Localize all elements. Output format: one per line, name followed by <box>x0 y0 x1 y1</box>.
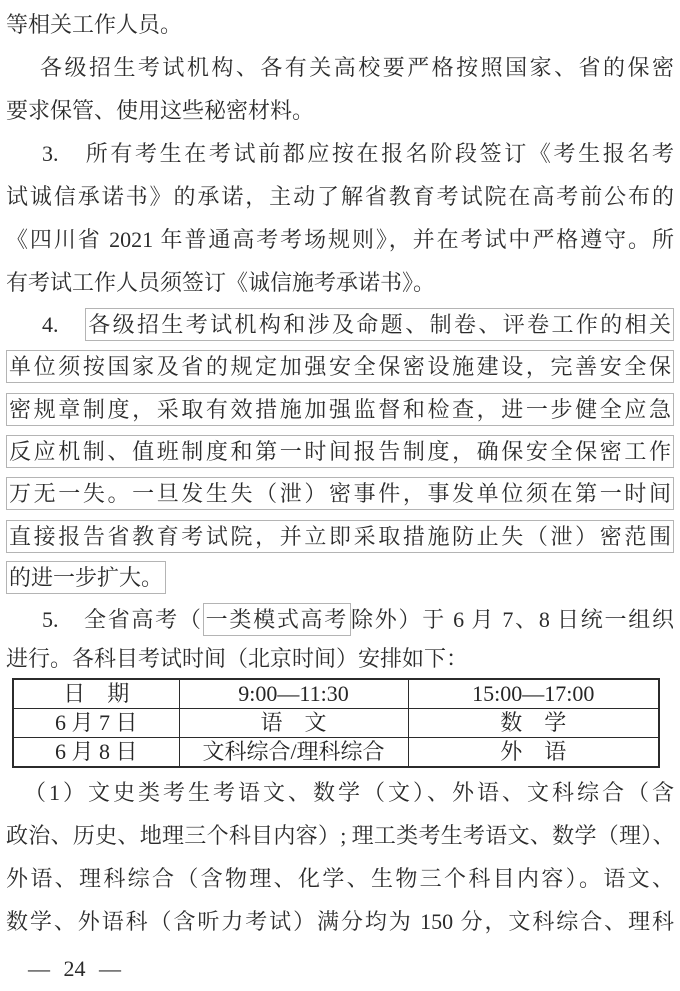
exam-table-cell-afternoon-2: 外 语 <box>408 738 659 768</box>
paragraph-6-line-2: 政治、历史、地理三个科目内容）; 理工类考生考语文、数学（理）、 <box>6 815 674 857</box>
clause-4-line-3: 密规章制度，采取有效措施加强监督和检查，进一步健全应急 <box>6 389 674 431</box>
document-page: 等相关工作人员。 各级招生考试机构、各有关高校要严格按照国家、省的保密 要求保管… <box>0 0 680 991</box>
clause-4-line-5-annotation-box: 万无一失。一旦发生失（泄）密事件，事发单位须在第一时间 <box>6 477 674 510</box>
clause-5-line-2: 进行。各科目考试时间（北京时间）安排如下： <box>6 638 674 680</box>
exam-table-cell-afternoon-1: 数 学 <box>408 709 659 738</box>
clause-4-line-7: 的进一步扩大。 <box>6 557 674 599</box>
clause-4-line-5: 万无一失。一旦发生失（泄）密事件，事发单位须在第一时间 <box>6 473 674 515</box>
clause-4-line-3-annotation-box: 密规章制度，采取有效措施加强监督和检查，进一步健全应急 <box>6 393 674 426</box>
clause-5-text-post: 除外）于 6 月 7、8 日统一组织 <box>351 607 674 632</box>
page-number: — 24 — <box>28 956 121 982</box>
paragraph-6-line-4: 数学、外语科（含听力考试）满分均为 150 分，文科综合、理科 <box>6 901 674 943</box>
clause-4-line-1-annotation-box: 各级招生考试机构和涉及命题、制卷、评卷工作的相关 <box>85 308 674 341</box>
clause-5-line-1: 5. 全省高考（一类模式高考除外）于 6 月 7、8 日统一组织 <box>6 599 674 641</box>
paragraph-6-line-1: （1）文史类考生考语文、数学（文）、外语、文科综合（含 <box>6 772 674 814</box>
clause-4-line-6-annotation-box: 直接报告省教育考试院，并立即采取措施防止失（泄）密范围 <box>6 520 674 553</box>
clause-3-line-2: 试诚信承诺书》的承诺，主动了解省教育考试院在高考前公布的 <box>6 176 674 218</box>
clause-3-line-1: 3. 所有考生在考试前都应按在报名阶段签订《考生报名考 <box>6 133 674 175</box>
exam-table-cell-date-2: 6 月 8 日 <box>13 738 179 768</box>
paragraph-2-line-2: 要求保管、使用这些秘密材料。 <box>6 90 674 132</box>
clause-3-line-4: 有考试工作人员须签订《诚信施考承诺书》。 <box>6 262 674 304</box>
clause-3-line-3: 《四川省 2021 年普通高考考场规则》，并在考试中严格遵守。所 <box>6 219 674 261</box>
clause-4-line-2: 单位须按国家及省的规定加强安全保密设施建设，完善安全保 <box>6 346 674 388</box>
paragraph-6-line-3: 外语、理科综合（含物理、化学、生物三个科目内容）。语文、 <box>6 858 674 900</box>
clause-4-line-7-annotation-box: 的进一步扩大。 <box>6 561 166 594</box>
exam-table-row-june-8: 6 月 8 日 文科综合/理科综合 外 语 <box>13 738 659 768</box>
exam-table-header-afternoon-session: 15:00—17:00 <box>408 679 659 709</box>
exam-table-cell-morning-2: 文科综合/理科综合 <box>179 738 408 768</box>
clause-4-line-6: 直接报告省教育考试院，并立即采取措施防止失（泄）密范围 <box>6 516 674 558</box>
clause-4-line-2-annotation-box: 单位须按国家及省的规定加强安全保密设施建设，完善安全保 <box>6 350 674 383</box>
clause-5-annotation-box: 一类模式高考 <box>203 603 351 636</box>
clause-4-number: 4. <box>42 312 85 337</box>
exam-table-header-morning-session: 9:00—11:30 <box>179 679 408 709</box>
exam-table-row-june-7: 6 月 7 日 语 文 数 学 <box>13 709 659 738</box>
clause-4-line-4: 反应机制、值班制度和第一时间报告制度，确保安全保密工作 <box>6 431 674 473</box>
clause-5-text-pre: 5. 全省高考（ <box>42 607 203 632</box>
exam-table-cell-date-1: 6 月 7 日 <box>13 709 179 738</box>
clause-4-line-4-annotation-box: 反应机制、值班制度和第一时间报告制度，确保安全保密工作 <box>6 435 674 468</box>
clause-4-line-1: 4. 各级招生考试机构和涉及命题、制卷、评卷工作的相关 <box>6 304 674 346</box>
exam-table-header-date: 日 期 <box>13 679 179 709</box>
paragraph-2-line-1: 各级招生考试机构、各有关高校要严格按照国家、省的保密 <box>6 47 674 89</box>
exam-table-cell-morning-1: 语 文 <box>179 709 408 738</box>
exam-table-header-row: 日 期 9:00—11:30 15:00—17:00 <box>13 679 659 709</box>
paragraph-1-line-1: 等相关工作人员。 <box>6 4 674 46</box>
exam-schedule-table: 日 期 9:00—11:30 15:00—17:00 6 月 7 日 语 文 数… <box>12 678 660 768</box>
